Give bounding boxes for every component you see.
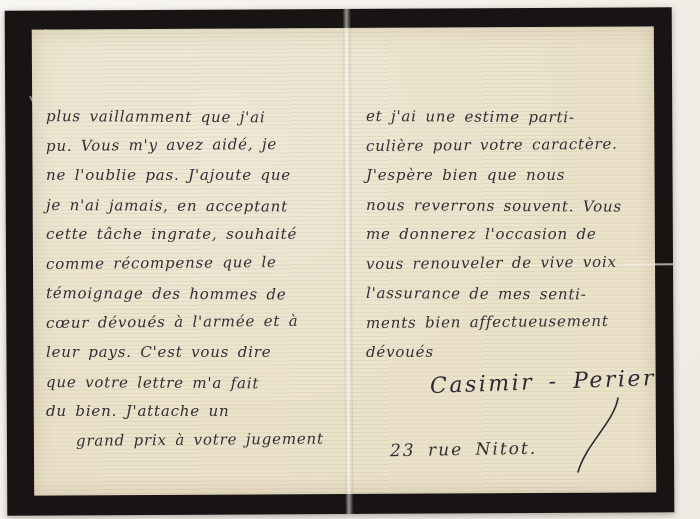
handwriting-line: cœur dévoués à l'armée et à [46, 306, 324, 338]
handwriting-line: nous reverrons souvent. Vous [366, 191, 622, 222]
handwriting-line: que votre lettre m'a fait [46, 368, 324, 399]
horizontal-crease [625, 263, 673, 265]
handwriting-line: plus vaillamment que j'ai [46, 102, 324, 133]
handwriting-line: vous renouveler de vive voix [366, 247, 622, 279]
handwriting-line: me donnerez l'occasion de [366, 220, 622, 250]
handwriting-line: et j'ai une estime parti- [366, 102, 622, 133]
handwriting-line: grand prix à votre jugement [46, 424, 324, 456]
signature-flourish [556, 392, 628, 480]
handwriting-line: comme récompense que le [46, 247, 324, 279]
left-page-text: plus vaillamment que j'ai pu. Vous m'y a… [46, 102, 324, 456]
handwriting-line: ne l'oublie pas. J'ajoute que [46, 161, 324, 191]
right-page-text: et j'ai une estime parti- culière pour v… [366, 102, 622, 368]
handwriting-line: témoignage des hommes de [46, 279, 324, 310]
handwriting-line: leur pays. C'est vous dire [46, 338, 324, 368]
handwriting-line: ments bien affectueusement [366, 306, 622, 338]
handwriting-line: cette tâche ingrate, souhaité [46, 220, 324, 250]
handwriting-line: je n'ai jamais, en acceptant [46, 191, 324, 222]
handwriting-line: J'espère bien que nous [366, 161, 622, 191]
address-line: 23 rue Nitot. [390, 439, 538, 462]
handwriting-line: l'assurance de mes senti- [366, 279, 622, 310]
handwriting-line: culière pour votre caractère. [366, 129, 622, 161]
handwriting-line: du bien. J'attache un [46, 397, 324, 427]
handwriting-line: pu. Vous m'y avez aidé, je [46, 129, 324, 161]
handwriting-line: dévoués [366, 338, 622, 368]
